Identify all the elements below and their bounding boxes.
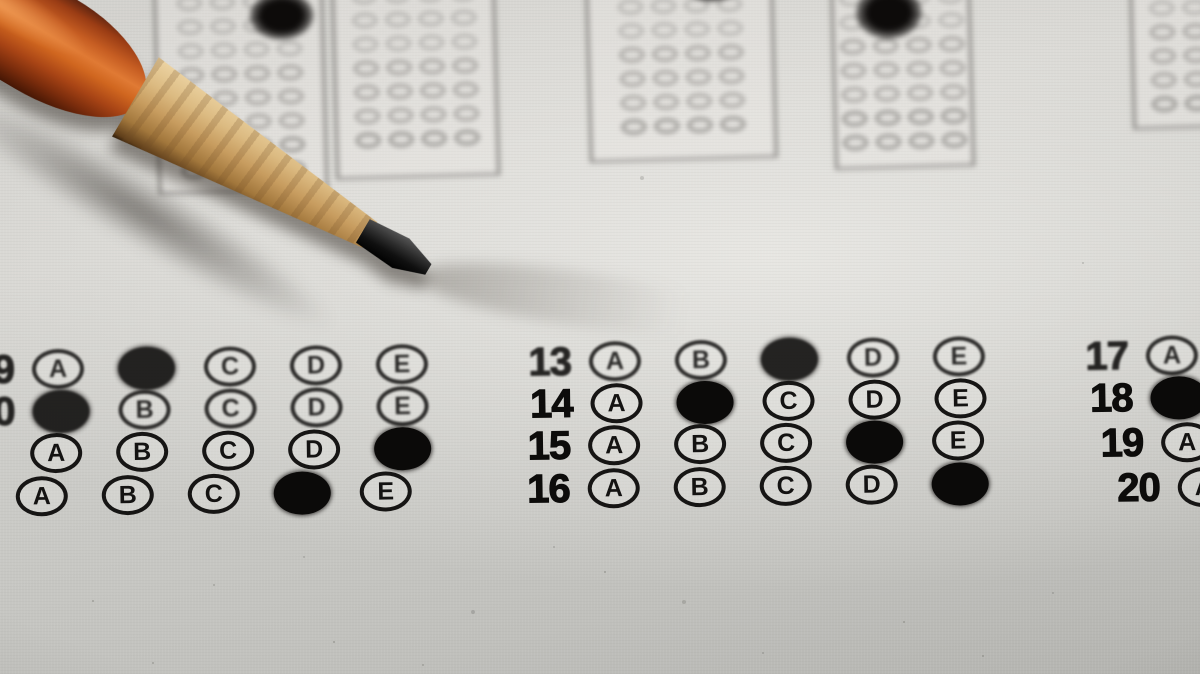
question-number-text: 20 bbox=[1117, 468, 1160, 509]
question-number: 19 bbox=[1097, 422, 1144, 465]
question-number: 17 bbox=[1082, 335, 1129, 378]
scantron-photo: 9ACDE10BCDE11ABCD12ABCE 13ABDE14ACDE15AB… bbox=[0, 0, 1200, 674]
question-number-text: 18 bbox=[1090, 378, 1133, 419]
bubble-A-filled bbox=[1150, 375, 1200, 419]
bubble-A: A bbox=[1146, 335, 1199, 376]
question-number: 18 bbox=[1086, 377, 1133, 420]
pencil-graphite-tip bbox=[354, 216, 437, 284]
question-number: 20 bbox=[1113, 467, 1160, 510]
answer-row: 18 bbox=[1086, 375, 1200, 421]
question-number-text: 17 bbox=[1085, 336, 1128, 377]
question-number-text: 19 bbox=[1100, 423, 1143, 464]
answer-row: 20A bbox=[1113, 465, 1200, 511]
answer-row: 17A bbox=[1082, 333, 1199, 379]
bubble-A: A bbox=[1161, 422, 1200, 463]
bubble-A: A bbox=[1177, 467, 1200, 508]
answer-row: 19A bbox=[1097, 420, 1200, 466]
